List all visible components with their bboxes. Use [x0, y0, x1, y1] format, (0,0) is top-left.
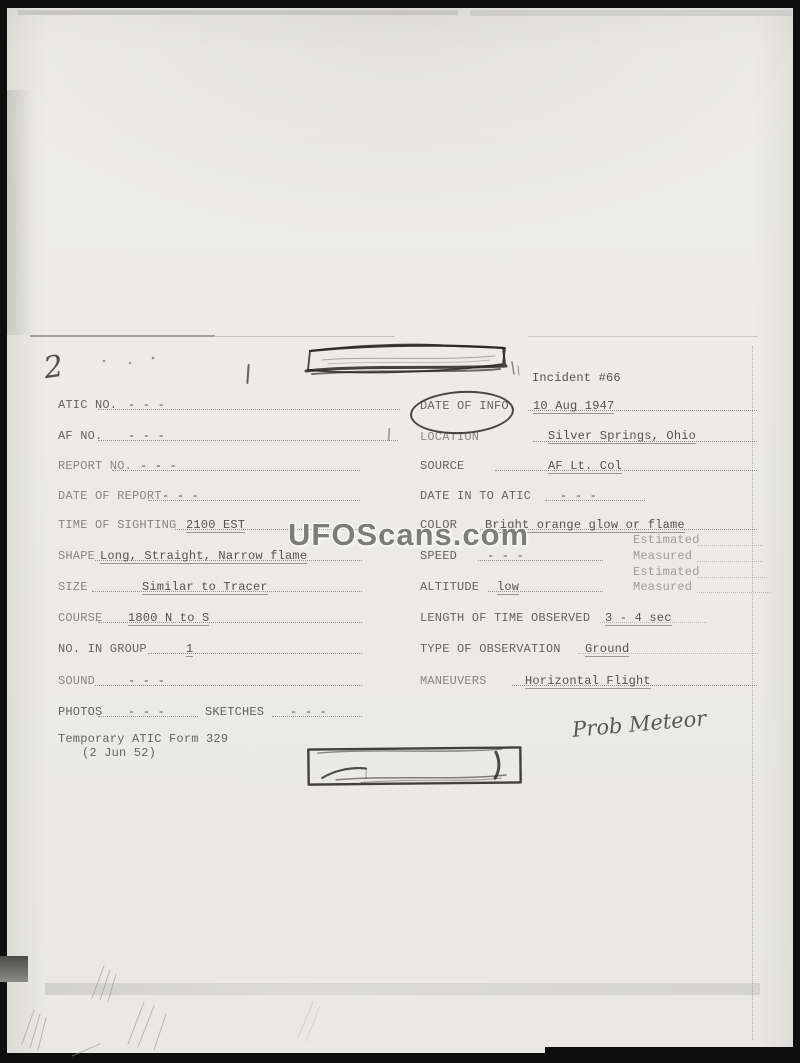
redaction-scribble — [300, 342, 522, 384]
field-value-photos: - - - — [128, 706, 165, 719]
field-label-photos: PHOTOS — [58, 706, 102, 719]
field-label-report-no: REPORT NO. — [58, 460, 132, 473]
field-value-course: 1800 N to S — [128, 612, 209, 626]
fill-line — [272, 715, 362, 717]
scan-border-bottom-step — [545, 1047, 800, 1063]
field-value-atic-no: - - - — [128, 399, 165, 412]
fill-line — [528, 409, 757, 411]
field-value-size: Similar to Tracer — [142, 581, 268, 595]
field-label-atic-no: ATIC NO. — [58, 399, 117, 412]
field-sublabel-altitude-estimated: Estimated — [633, 566, 700, 579]
fill-line — [578, 652, 758, 654]
form-sheet-top-edge-right — [528, 336, 758, 337]
fill-line — [98, 439, 398, 441]
field-value-maneuvers: Horizontal Flight — [525, 675, 651, 689]
paper-top-edge-shadow-right — [470, 10, 792, 16]
fill-line — [112, 469, 360, 471]
field-value-date-of-report: - - - — [162, 490, 199, 503]
fill-line — [600, 621, 707, 623]
fill-line — [697, 560, 763, 562]
fill-line — [92, 590, 362, 592]
field-label-altitude: ALTITUDE — [420, 581, 479, 594]
field-label-sound: SOUND — [58, 675, 95, 688]
fill-line — [488, 590, 603, 592]
field-label-length-of-time-observed: LENGTH OF TIME OBSERVED — [420, 612, 590, 625]
form-sheet-top-edge-mid — [215, 336, 395, 337]
watermark: UFOScans.com — [288, 517, 529, 553]
field-value-date-of-info: 10 Aug 1947 — [533, 400, 614, 414]
field-label-course: COURSE — [58, 612, 102, 625]
incident-number: Incident #66 — [532, 372, 621, 385]
field-value-sound: - - - — [128, 675, 165, 688]
fill-line — [478, 559, 603, 561]
stamp-redaction-box — [306, 745, 524, 787]
pencil-marks — [8, 962, 338, 1058]
fill-line — [148, 499, 360, 501]
field-value-report-no: - - - — [140, 460, 177, 473]
fill-line — [533, 440, 757, 442]
field-label-location: LOCATION — [420, 431, 479, 444]
form-revision-date: (2 Jun 52) — [82, 747, 156, 760]
field-label-type-of-observation: TYPE OF OBSERVATION — [420, 643, 561, 656]
field-label-sketches: SKETCHES — [205, 706, 264, 719]
field-value-altitude: low — [497, 581, 519, 595]
field-value-date-in-to-atic: - - - — [560, 490, 597, 503]
field-value-no-in-group: 1 — [186, 643, 193, 657]
paper-left-shadow — [7, 90, 33, 335]
field-sublabel-speed-measured: Measured — [633, 550, 692, 563]
fill-line — [697, 544, 763, 546]
field-sublabel-speed-estimated: Estimated — [633, 534, 700, 547]
fill-line — [148, 652, 362, 654]
field-value-type-of-observation: Ground — [585, 643, 629, 657]
field-value-time-of-sighting: 2100 EST — [186, 519, 245, 533]
field-value-shape: Long, Straight, Narrow flame — [100, 550, 307, 564]
field-label-time-of-sighting: TIME OF SIGHTING — [58, 519, 176, 532]
paper-top-edge-shadow — [18, 10, 458, 15]
field-sublabel-altitude-measured: Measured — [633, 581, 692, 594]
fill-line — [98, 621, 362, 623]
scan-border-top — [0, 0, 800, 8]
fill-line — [697, 591, 770, 593]
fill-line — [697, 576, 767, 578]
form-name: Temporary ATIC Form 329 — [58, 733, 228, 746]
fill-line — [98, 715, 198, 717]
fill-line — [95, 684, 362, 686]
fill-line — [98, 408, 400, 410]
fill-line — [95, 559, 362, 561]
field-value-af-no: - - - — [128, 430, 165, 443]
field-value-source: AF Lt. Col — [548, 460, 622, 474]
field-label-source: SOURCE — [420, 460, 464, 473]
field-label-no-in-group: NO. IN GROUP — [58, 643, 147, 656]
fill-line — [495, 469, 757, 471]
field-label-date-in-to-atic: DATE IN TO ATIC — [420, 490, 531, 503]
field-label-size: SIZE — [58, 581, 88, 594]
form-sheet-right-edge — [752, 346, 754, 1040]
field-value-sketches: - - - — [290, 706, 327, 719]
ink-dots — [98, 354, 168, 368]
field-label-maneuvers: MANEUVERS — [420, 675, 487, 688]
form-sheet-top-edge — [30, 335, 215, 337]
field-label-af-no: AF NO. — [58, 430, 102, 443]
scanned-document: 2 Incident #66 ATIC NO. - - - DATE OF IN… — [0, 0, 800, 1063]
scan-border-left — [0, 0, 7, 1063]
field-label-date-of-report: DATE OF REPORT — [58, 490, 162, 503]
scan-border-right — [793, 0, 800, 1063]
field-label-date-of-info: DATE OF INFO — [420, 400, 509, 413]
fill-line — [512, 684, 757, 686]
fill-line — [545, 499, 645, 501]
field-label-shape: SHAPE — [58, 550, 95, 563]
field-value-length-of-time-observed: 3 - 4 sec — [605, 612, 672, 626]
